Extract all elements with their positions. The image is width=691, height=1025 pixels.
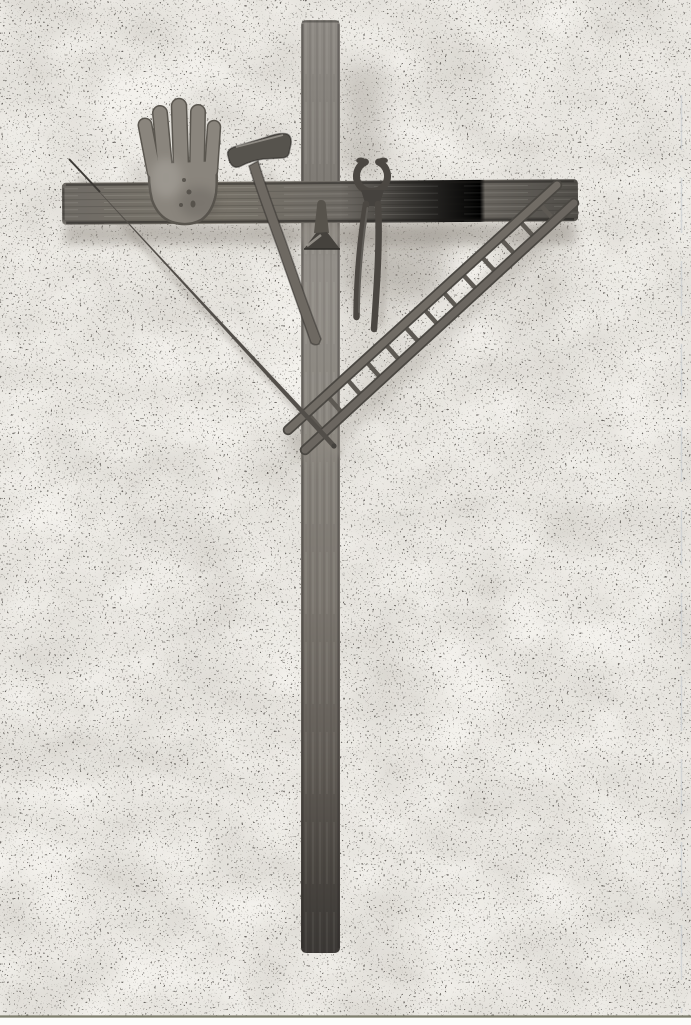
scan-margin-bottom: [0, 1018, 691, 1025]
cross-post: [301, 20, 340, 953]
arma-christi-photo: [0, 0, 691, 1025]
carved-hand: [145, 106, 219, 224]
photograph: [0, 0, 691, 1025]
